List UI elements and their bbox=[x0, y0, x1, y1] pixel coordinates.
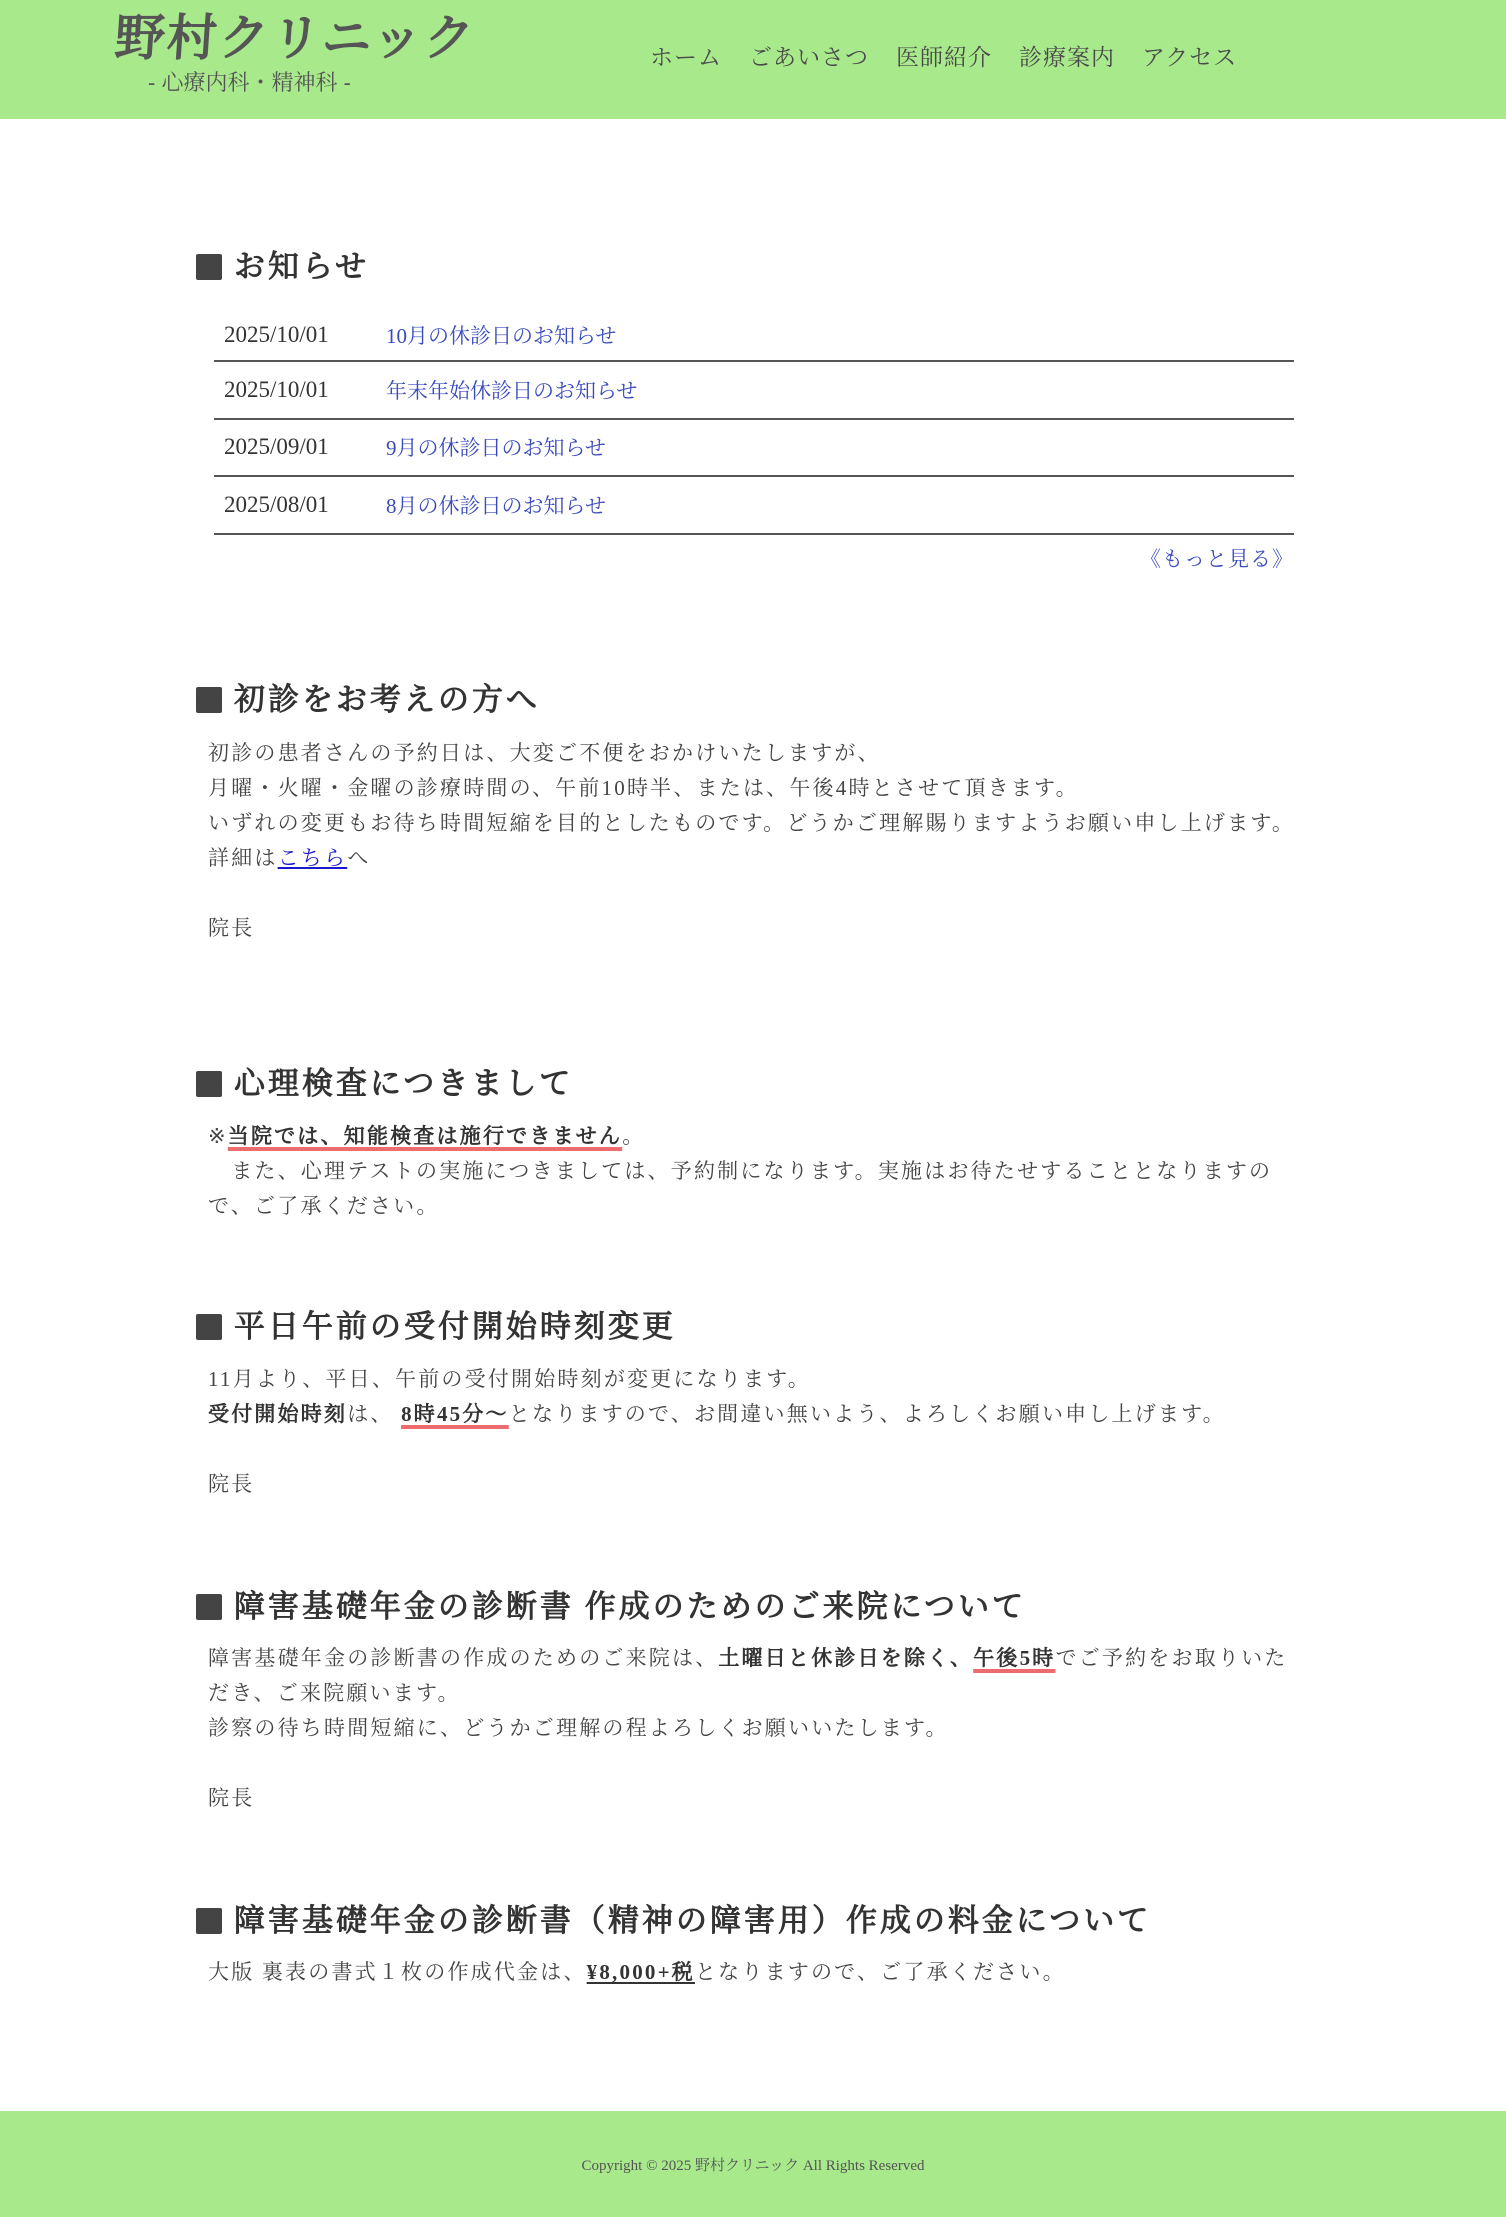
pension-fee-heading-text: 障害基礎年金の診断書（精神の障害用）作成の料金について bbox=[234, 1901, 1151, 1941]
reception-line: 受付開始時刻は、 8時45分～となりますので、お間違い無いよう、よろしくお願い申… bbox=[208, 1397, 1308, 1432]
detail-prefix: 詳細は bbox=[208, 846, 278, 870]
pension-visit-heading-text: 障害基礎年金の診断書 作成のためのご来院について bbox=[234, 1587, 1026, 1627]
fee-price: ¥8,000+税 bbox=[587, 1960, 695, 1984]
first-visit-line: 月曜・火曜・金曜の診療時間の、午前10時半、または、午後4時とさせて頂きます。 bbox=[208, 771, 1308, 806]
news-item: 2025/10/01 10月の休診日のお知らせ bbox=[214, 309, 1294, 362]
first-visit-heading: 初診をお考えの方へ bbox=[196, 680, 540, 720]
news-date: 2025/10/01 bbox=[214, 377, 386, 403]
news-link[interactable]: 8月の休診日のお知らせ bbox=[386, 490, 606, 520]
main-nav: ホーム ごあいさつ 医師紹介 診療案内 アクセス bbox=[650, 40, 1264, 76]
pension-fee-line: 大版 裏表の書式１枚の作成代金は、¥8,000+税となりますので、ご了承ください… bbox=[208, 1955, 1308, 1990]
news-link[interactable]: 10月の休診日のお知らせ bbox=[386, 320, 616, 350]
reception-heading-text: 平日午前の受付開始時刻変更 bbox=[234, 1307, 676, 1347]
nav-doctors[interactable]: 医師紹介 bbox=[896, 40, 992, 76]
pension-visit-heading: 障害基礎年金の診断書 作成のためのご来院について bbox=[196, 1587, 1026, 1627]
fee-rest: となりますので、ご了承ください。 bbox=[695, 1960, 1066, 1984]
news-item: 2025/08/01 8月の休診日のお知らせ bbox=[214, 477, 1294, 535]
news-date: 2025/09/01 bbox=[214, 434, 386, 460]
site-header: 野村クリニック - 心療内科・精神科 - ホーム ごあいさつ 医師紹介 診療案内… bbox=[0, 0, 1506, 119]
reception-label: 受付開始時刻 bbox=[208, 1402, 347, 1426]
first-visit-body: 初診の患者さんの予約日は、大変ご不便をおかけいたしますが、 月曜・火曜・金曜の診… bbox=[208, 736, 1308, 946]
nav-greeting[interactable]: ごあいさつ bbox=[749, 40, 869, 76]
square-bullet-icon bbox=[196, 1908, 222, 1934]
pension-fee-body: 大版 裏表の書式１枚の作成代金は、¥8,000+税となりますので、ご了承ください… bbox=[208, 1955, 1308, 1990]
note-end: 。 bbox=[622, 1124, 645, 1148]
news-date: 2025/10/01 bbox=[214, 322, 386, 348]
signature: 院長 bbox=[208, 1467, 1308, 1502]
square-bullet-icon bbox=[196, 687, 222, 713]
psych-body-text: また、心理テストの実施につきましては、予約制になります。実施はお待たせすることと… bbox=[208, 1154, 1308, 1224]
details-link[interactable]: こちら bbox=[278, 846, 348, 870]
psych-test-body: ※当院では、知能検査は施行できません。 また、心理テストの実施につきましては、予… bbox=[208, 1119, 1308, 1224]
first-visit-heading-text: 初診をお考えの方へ bbox=[234, 680, 540, 720]
blank-line bbox=[208, 1432, 1308, 1467]
signature: 院長 bbox=[208, 911, 1308, 946]
pension-visit-line: 診察の待ち時間短縮に、どうかご理解の程よろしくお願いいたします。 bbox=[208, 1711, 1308, 1746]
nav-medical-info[interactable]: 診療案内 bbox=[1019, 40, 1115, 76]
highlight-text: 当院では、知能検査は施行できません bbox=[228, 1124, 622, 1148]
note-mark: ※ bbox=[208, 1124, 228, 1148]
square-bullet-icon bbox=[196, 1314, 222, 1340]
news-link[interactable]: 9月の休診日のお知らせ bbox=[386, 432, 606, 462]
first-visit-line: いずれの変更もお待ち時間短縮を目的としたものです。どうかご理解賜りますようお願い… bbox=[208, 806, 1308, 841]
reception-time: 8時45分～ bbox=[401, 1402, 509, 1426]
more-news-link[interactable]: 《もっと見る》 bbox=[1140, 543, 1294, 573]
clinic-subtitle: - 心療内科・精神科 - bbox=[148, 68, 351, 98]
copyright-text: Copyright © 2025 野村クリニック All Rights Rese… bbox=[582, 2154, 925, 2175]
square-bullet-icon bbox=[196, 1594, 222, 1620]
news-heading: お知らせ bbox=[196, 247, 369, 287]
first-visit-line: 初診の患者さんの予約日は、大変ご不便をおかけいたしますが、 bbox=[208, 736, 1308, 771]
square-bullet-icon bbox=[196, 1071, 222, 1097]
reception-body: 11月より、平日、午前の受付開始時刻が変更になります。 受付開始時刻は、 8時4… bbox=[208, 1362, 1308, 1502]
label-suffix: は、 bbox=[347, 1402, 393, 1426]
pension-visit-body: 障害基礎年金の診断書の作成のためのご来院は、土曜日と休診日を除く、午後5時でご予… bbox=[208, 1641, 1308, 1816]
nav-access[interactable]: アクセス bbox=[1142, 40, 1237, 76]
first-visit-detail: 詳細はこちらへ bbox=[208, 841, 1308, 876]
news-date: 2025/08/01 bbox=[214, 492, 386, 518]
reception-line: 11月より、平日、午前の受付開始時刻が変更になります。 bbox=[208, 1362, 1308, 1397]
site-footer: Copyright © 2025 野村クリニック All Rights Rese… bbox=[0, 2111, 1506, 2217]
signature: 院長 bbox=[208, 1781, 1308, 1816]
pension-time: 午後5時 bbox=[973, 1646, 1055, 1670]
news-heading-text: お知らせ bbox=[234, 247, 369, 287]
psych-test-heading-text: 心理検査につきまして bbox=[234, 1064, 573, 1104]
nav-home[interactable]: ホーム bbox=[650, 40, 722, 76]
reception-rest: となりますので、お間違い無いよう、よろしくお願い申し上げます。 bbox=[509, 1402, 1226, 1426]
blank-line bbox=[208, 876, 1308, 911]
psych-test-heading: 心理検査につきまして bbox=[196, 1064, 573, 1104]
pension-bold: 土曜日と休診日を除く、 bbox=[718, 1646, 973, 1670]
news-list: 2025/10/01 10月の休診日のお知らせ 2025/10/01 年末年始休… bbox=[214, 309, 1294, 535]
news-item: 2025/09/01 9月の休診日のお知らせ bbox=[214, 420, 1294, 478]
psych-note: ※当院では、知能検査は施行できません。 bbox=[208, 1119, 1308, 1154]
clinic-logo[interactable]: 野村クリニック bbox=[113, 6, 478, 70]
pension-fee-heading: 障害基礎年金の診断書（精神の障害用）作成の料金について bbox=[196, 1901, 1151, 1941]
news-item: 2025/10/01 年末年始休診日のお知らせ bbox=[214, 362, 1294, 420]
square-bullet-icon bbox=[196, 254, 222, 280]
fee-prefix: 大版 裏表の書式１枚の作成代金は、 bbox=[208, 1960, 587, 1984]
reception-heading: 平日午前の受付開始時刻変更 bbox=[196, 1307, 676, 1347]
detail-suffix: へ bbox=[347, 846, 370, 870]
blank-line bbox=[208, 1746, 1308, 1781]
pension-visit-line: 障害基礎年金の診断書の作成のためのご来院は、土曜日と休診日を除く、午後5時でご予… bbox=[208, 1641, 1308, 1711]
pension-prefix: 障害基礎年金の診断書の作成のためのご来院は、 bbox=[208, 1646, 718, 1670]
news-link[interactable]: 年末年始休診日のお知らせ bbox=[386, 375, 637, 405]
